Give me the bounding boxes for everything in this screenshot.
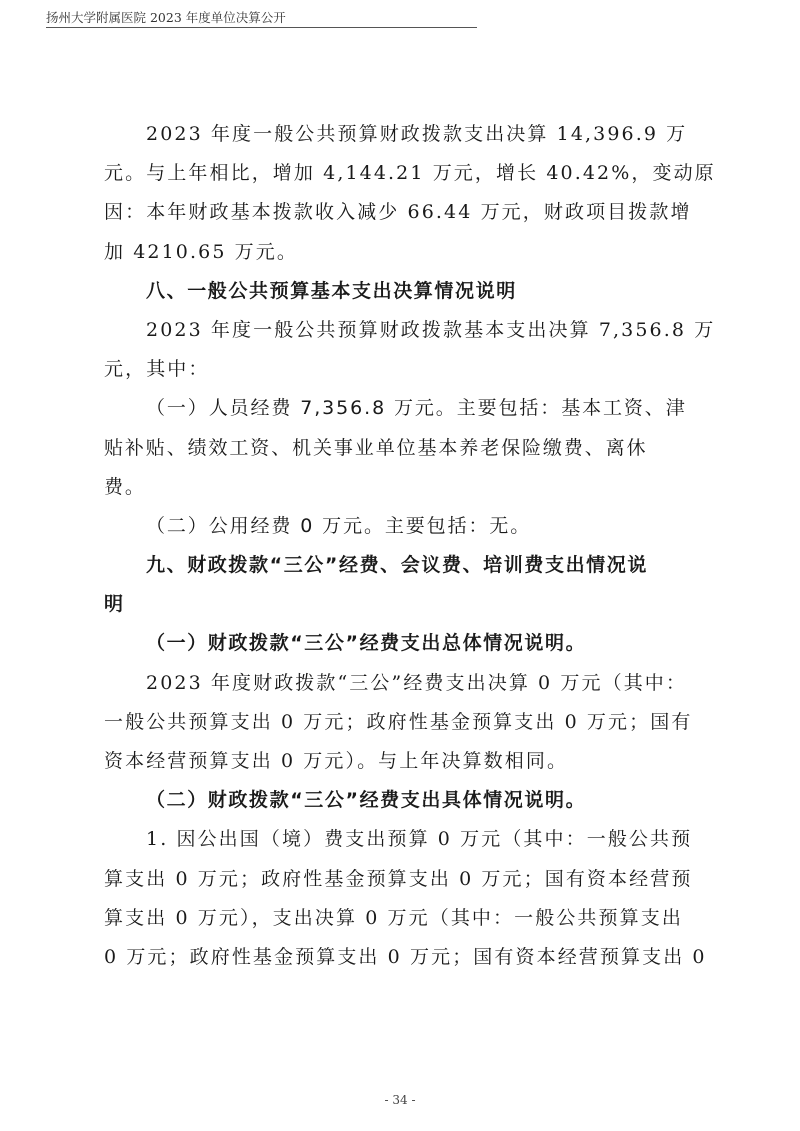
- paragraph-overseas-travel: 1. 因公出国（境）费支出预算 0 万元（其中：一般公共预 算支出 0 万元；政…: [104, 820, 700, 977]
- text-line: 1. 因公出国（境）费支出预算 0 万元（其中：一般公共预: [104, 820, 700, 859]
- heading-line: 明: [104, 585, 700, 624]
- document-title: 扬州大学附属医院 2023 年度单位决算公开: [46, 8, 477, 26]
- text-line: （一）人员经费 7,356.8 万元。主要包括：基本工资、津: [104, 389, 700, 428]
- text-line: 费。: [104, 468, 700, 507]
- text-line: 因：本年财政基本拨款收入减少 66.44 万元，财政项目拨款增: [104, 193, 700, 232]
- document-body: 2023 年度一般公共预算财政拨款支出决算 14,396.9 万 元。与上年相比…: [104, 115, 700, 977]
- text-line: 资本经营预算支出 0 万元）。与上年决算数相同。: [104, 742, 700, 781]
- header-divider: [46, 27, 477, 28]
- text-line: 加 4210.65 万元。: [104, 233, 700, 272]
- text-line: 一般公共预算支出 0 万元；政府性基金预算支出 0 万元；国有: [104, 703, 700, 742]
- paragraph-basic-expenditure: 2023 年度一般公共预算财政拨款基本支出决算 7,356.8 万 元，其中：: [104, 311, 700, 389]
- section-heading-9: 九、财政拨款“三公”经费、会议费、培训费支出情况说 明: [104, 546, 700, 624]
- paragraph-personnel-expenses: （一）人员经费 7,356.8 万元。主要包括：基本工资、津 贴补贴、绩效工资、…: [104, 389, 700, 507]
- text-line: （二）公用经费 0 万元。主要包括：无。: [104, 507, 700, 546]
- page-number: - 34 -: [0, 1093, 800, 1107]
- text-line: 0 万元；政府性基金预算支出 0 万元；国有资本经营预算支出 0: [104, 938, 700, 977]
- text-line: 2023 年度一般公共预算财政拨款支出决算 14,396.9 万: [104, 115, 700, 154]
- subheading-overall: （一）财政拨款“三公”经费支出总体情况说明。: [104, 624, 700, 663]
- page-header: 扬州大学附属医院 2023 年度单位决算公开: [46, 8, 477, 26]
- paragraph-expenditure-summary: 2023 年度一般公共预算财政拨款支出决算 14,396.9 万 元。与上年相比…: [104, 115, 700, 272]
- text-line: 贴补贴、绩效工资、机关事业单位基本养老保险缴费、离休: [104, 429, 700, 468]
- text-line: 2023 年度一般公共预算财政拨款基本支出决算 7,356.8 万: [104, 311, 700, 350]
- paragraph-three-public-overall: 2023 年度财政拨款“三公”经费支出决算 0 万元（其中： 一般公共预算支出 …: [104, 664, 700, 782]
- paragraph-public-expenses: （二）公用经费 0 万元。主要包括：无。: [104, 507, 700, 546]
- subheading-detail: （二）财政拨款“三公”经费支出具体情况说明。: [104, 781, 700, 820]
- text-line: 2023 年度财政拨款“三公”经费支出决算 0 万元（其中：: [104, 664, 700, 703]
- section-heading-8: 八、一般公共预算基本支出决算情况说明: [104, 272, 700, 311]
- text-line: 算支出 0 万元；政府性基金预算支出 0 万元；国有资本经营预: [104, 860, 700, 899]
- text-line: 算支出 0 万元），支出决算 0 万元（其中：一般公共预算支出: [104, 899, 700, 938]
- heading-line: 九、财政拨款“三公”经费、会议费、培训费支出情况说: [104, 546, 700, 585]
- text-line: 元。与上年相比，增加 4,144.21 万元，增长 40.42%，变动原: [104, 154, 700, 193]
- text-line: 元，其中：: [104, 350, 700, 389]
